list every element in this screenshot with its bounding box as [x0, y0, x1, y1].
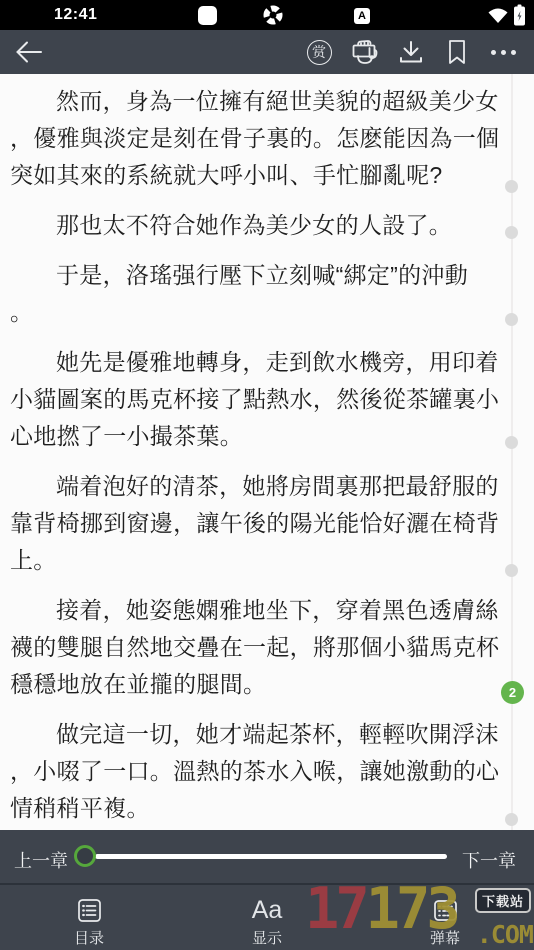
- more-dots-icon: [491, 50, 516, 55]
- paragraph-comment-dot[interactable]: [505, 180, 518, 193]
- paragraph-comment-dot[interactable]: [505, 436, 518, 449]
- vote-ticket-button[interactable]: [342, 30, 388, 74]
- chapter-text: 然而，身為一位擁有絕世美貌的超級美少女 ，優雅與淡定是刻在骨子裏的。怎麽能因為一…: [10, 83, 511, 840]
- reward-button[interactable]: 赏: [296, 30, 342, 74]
- chapter-progress-track[interactable]: [95, 854, 447, 859]
- text-line: 。: [10, 294, 511, 331]
- paragraph: 端着泡好的清茶，她將房間裏那把最舒服的 靠背椅挪到窗邊，讓午後的陽光能恰好灑在椅…: [10, 468, 511, 579]
- chapter-progress-knob[interactable]: [74, 845, 96, 867]
- text-line: 端着泡好的清茶，她將房間裏那把最舒服的: [10, 468, 511, 505]
- paragraph: 于是，洛瑤强行壓下立刻喊“綁定”的沖動 。: [10, 257, 511, 331]
- download-icon: [398, 39, 424, 65]
- text-line: 然而，身為一位擁有絕世美貌的超級美少女: [10, 83, 511, 120]
- pinwheel-notification-icon: [263, 5, 283, 25]
- text-line: 突如其來的系統就大呼小叫、手忙腳亂呢?: [10, 157, 511, 194]
- bookmark-icon: [447, 39, 467, 65]
- paragraph: 她先是優雅地轉身，走到飲水機旁，用印着 小貓圖案的馬克杯接了點熱水，然後從茶罐裏…: [10, 344, 511, 455]
- catalog-label: 目录: [74, 927, 104, 948]
- text-line: 于是，洛瑤强行壓下立刻喊“綁定”的沖動: [10, 257, 511, 294]
- reading-area[interactable]: 然而，身為一位擁有絕世美貌的超級美少女 ，優雅與淡定是刻在骨子裏的。怎麽能因為一…: [0, 74, 534, 830]
- danmaku-button[interactable]: 弹幕: [356, 885, 534, 950]
- text-line: ，小啜了一口。溫熱的茶水入喉，讓她激動的心: [10, 753, 511, 790]
- reward-icon: 赏: [307, 40, 332, 65]
- clock: 12:41: [54, 6, 97, 24]
- wifi-icon: [487, 6, 509, 24]
- paragraph: 接着，她姿態嫻雅地坐下，穿着黑色透膚絲 襪的雙腿自然地交疊在一起，將那個小貓馬克…: [10, 592, 511, 703]
- text-line: 心地撚了一小撮茶葉。: [10, 418, 511, 455]
- paragraph-comment-count-badge[interactable]: 2: [501, 681, 524, 704]
- paragraph-comment-dot[interactable]: [505, 813, 518, 826]
- font-size-icon: Aa: [252, 898, 283, 923]
- status-bar: 12:41 A: [0, 0, 534, 30]
- text-line: 她先是優雅地轉身，走到飲水機旁，用印着: [10, 344, 511, 381]
- app-bar-actions: 赏: [296, 30, 526, 74]
- hand-ticket-icon: [348, 36, 382, 68]
- text-line: 情稍稍平複。: [10, 790, 511, 827]
- catalog-button[interactable]: 目录: [0, 885, 178, 950]
- bottom-toolbar: 目录 Aa 显示 弹幕: [0, 883, 534, 950]
- text-line: ，優雅與淡定是刻在骨子裏的。怎麽能因為一個: [10, 120, 511, 157]
- notification-app-icon: [198, 6, 217, 25]
- back-button[interactable]: [14, 38, 44, 66]
- prev-chapter-button[interactable]: 上一章: [14, 847, 68, 873]
- danmaku-icon: [433, 896, 458, 924]
- more-button[interactable]: [480, 30, 526, 74]
- paragraph: 那也太不符合她作為美少女的人設了。: [10, 207, 511, 244]
- paragraph-comment-dot[interactable]: [505, 564, 518, 577]
- paragraph: 做完這一切，她才端起茶杯，輕輕吹開浮沫 ，小啜了一口。溫熱的茶水入喉，讓她激動的…: [10, 716, 511, 827]
- app-bar: 赏: [0, 30, 534, 74]
- text-line: 那也太不符合她作為美少女的人設了。: [10, 207, 511, 244]
- battery-charging-icon: [513, 4, 526, 26]
- next-chapter-button[interactable]: 下一章: [462, 847, 516, 873]
- paragraph: 然而，身為一位擁有絕世美貌的超級美少女 ，優雅與淡定是刻在骨子裏的。怎麽能因為一…: [10, 83, 511, 194]
- bookmark-button[interactable]: [434, 30, 480, 74]
- paragraph-comment-dot[interactable]: [505, 226, 518, 239]
- chapter-slider-bar: 上一章 下一章: [0, 830, 534, 883]
- danmaku-label: 弹幕: [430, 927, 460, 948]
- a-letter-notification-icon: A: [354, 8, 370, 24]
- text-line: 上。: [10, 542, 511, 579]
- catalog-list-icon: [77, 896, 102, 924]
- reader-app-screen: 12:41 A 赏: [0, 0, 534, 950]
- text-line: 小貓圖案的馬克杯接了點熱水，然後從茶罐裏小: [10, 381, 511, 418]
- text-line: 襪的雙腿自然地交疊在一起，將那個小貓馬克杯: [10, 629, 511, 666]
- download-button[interactable]: [388, 30, 434, 74]
- text-line: 靠背椅挪到窗邊，讓午後的陽光能恰好灑在椅背: [10, 505, 511, 542]
- paragraph-comment-dot[interactable]: [505, 313, 518, 326]
- text-line: 穩穩地放在並攏的腿間。: [10, 666, 511, 703]
- display-label: 显示: [252, 927, 282, 948]
- text-line: 做完這一切，她才端起茶杯，輕輕吹開浮沫: [10, 716, 511, 753]
- text-line: 接着，她姿態嫻雅地坐下，穿着黑色透膚絲: [10, 592, 511, 629]
- display-settings-button[interactable]: Aa 显示: [178, 885, 356, 950]
